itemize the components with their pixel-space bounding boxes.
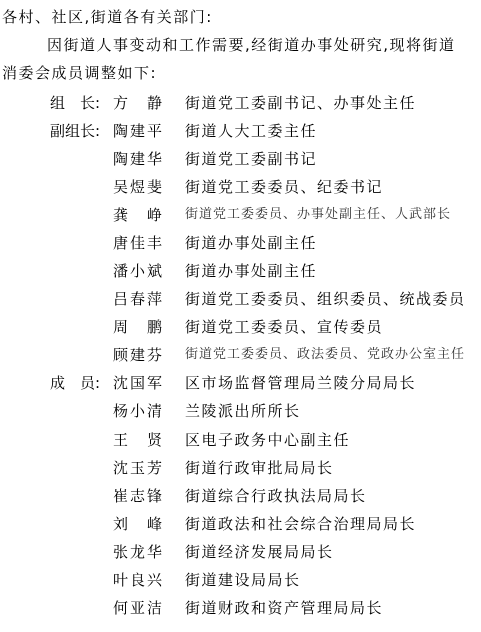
member-row: 崔志锋街道综合行政执法局局长 <box>0 487 481 505</box>
member-title: 街道党工委副书记 <box>185 150 317 168</box>
member-title: 区市场监督管理局兰陵分局局长 <box>185 374 416 392</box>
member-row: 吕春萍街道党工委委员、组织委员、统战委员 <box>0 290 481 308</box>
member-title: 街道人大工委主任 <box>185 122 317 140</box>
member-title: 街道建设局局长 <box>185 571 301 589</box>
member-row: 王 贤区电子政务中心副主任 <box>0 431 481 449</box>
member-row: 张龙华街道经济发展局局长 <box>0 543 481 561</box>
member-name: 刘 峰 <box>113 515 173 533</box>
member-row: 刘 峰街道政法和社会综合治理局局长 <box>0 515 481 533</box>
member-title: 街道党工委委员、政法委员、党政办公室主任 <box>185 346 465 364</box>
member-row: 周 鹏街道党工委委员、宣传委员 <box>0 318 481 336</box>
member-name: 方 静 <box>113 94 173 112</box>
member-row: 成 员:沈国军区市场监督管理局兰陵分局局长 <box>0 374 481 392</box>
member-name: 陶建平 <box>113 122 173 140</box>
member-title: 街道党工委委员、纪委书记 <box>185 178 383 196</box>
member-title: 街道党工委委员、宣传委员 <box>185 318 383 336</box>
member-name: 陶建华 <box>113 150 173 168</box>
member-title: 街道党工委委员、组织委员、统战委员 <box>185 290 466 308</box>
member-row: 陶建华街道党工委副书记 <box>0 150 481 168</box>
member-name: 杨小清 <box>113 402 173 420</box>
intro-paragraph: 因街道人事变动和工作需要,经街道办事处研究,现将街道 <box>47 36 456 54</box>
member-row: 顾建芬街道党工委委员、政法委员、党政办公室主任 <box>0 346 481 364</box>
member-title: 街道综合行政执法局局长 <box>185 487 367 505</box>
member-title: 街道办事处副主任 <box>185 262 317 280</box>
member-name: 吕春萍 <box>113 290 173 308</box>
member-row: 沈玉芳街道行政审批局局长 <box>0 459 481 477</box>
member-title: 街道党工委委员、办事处副主任、人武部长 <box>185 206 451 224</box>
member-row: 杨小清兰陵派出所所长 <box>0 402 481 420</box>
member-name: 潘小斌 <box>113 262 173 280</box>
member-name: 沈玉芳 <box>113 459 173 477</box>
member-row: 何亚洁街道财政和资产管理局局长 <box>0 599 481 617</box>
member-title: 街道财政和资产管理局局长 <box>185 599 383 617</box>
member-name: 唐佳丰 <box>113 234 173 252</box>
member-title: 街道办事处副主任 <box>185 234 317 252</box>
member-row: 唐佳丰街道办事处副主任 <box>0 234 481 252</box>
member-role: 副组长: <box>50 122 112 140</box>
member-name: 叶良兴 <box>113 571 173 589</box>
member-title: 街道政法和社会综合治理局局长 <box>185 515 416 533</box>
intro-paragraph-continued: 消委会成员调整如下: <box>2 64 157 82</box>
member-title: 街道经济发展局局长 <box>185 543 334 561</box>
member-title: 街道党工委副书记、办事处主任 <box>185 94 416 112</box>
member-row: 潘小斌街道办事处副主任 <box>0 262 481 280</box>
member-row: 吴煜斐街道党工委委员、纪委书记 <box>0 178 481 196</box>
member-name: 何亚洁 <box>113 599 173 617</box>
member-row: 组 长:方 静街道党工委副书记、办事处主任 <box>0 94 481 112</box>
member-name: 张龙华 <box>113 543 173 561</box>
member-row: 叶良兴街道建设局局长 <box>0 571 481 589</box>
member-title: 街道行政审批局局长 <box>185 459 334 477</box>
member-row: 副组长:陶建平街道人大工委主任 <box>0 122 481 140</box>
member-name: 龚 峥 <box>113 206 173 224</box>
member-name: 崔志锋 <box>113 487 173 505</box>
member-name: 沈国军 <box>113 374 173 392</box>
member-title: 兰陵派出所所长 <box>185 402 301 420</box>
member-name: 周 鹏 <box>113 318 173 336</box>
member-name: 王 贤 <box>113 431 173 449</box>
member-name: 顾建芬 <box>113 346 173 364</box>
member-row: 龚 峥街道党工委委员、办事处副主任、人武部长 <box>0 206 481 224</box>
salutation: 各村、社区,街道各有关部门: <box>2 8 213 26</box>
member-title: 区电子政务中心副主任 <box>185 431 350 449</box>
member-name: 吴煜斐 <box>113 178 173 196</box>
member-role: 组 长: <box>50 94 112 112</box>
member-role: 成 员: <box>50 374 112 392</box>
